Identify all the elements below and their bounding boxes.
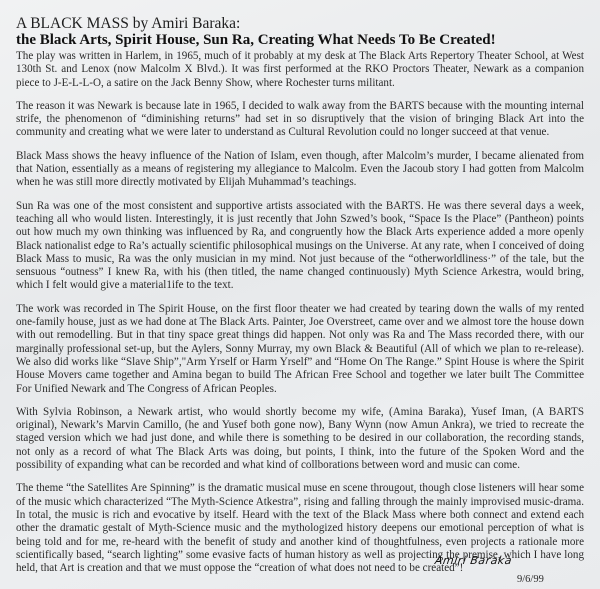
author-signature: Amiri Baraka [434, 554, 513, 567]
paragraph-5: The work was recorded in The Spirit Hous… [16, 303, 584, 396]
document-title: A BLACK MASS by Amiri Baraka: [16, 15, 584, 32]
document-page: A BLACK MASS by Amiri Baraka: the Black … [0, 0, 600, 589]
paragraph-1: The play was written in Harlem, in 1965,… [16, 50, 584, 90]
paragraph-3: Black Mass shows the heavy influence of … [16, 150, 584, 190]
paragraph-6: With Sylvia Robinson, a Newark artist, w… [16, 406, 584, 472]
paragraph-2: The reason it was Newark is because late… [16, 100, 584, 140]
paragraph-4: Sun Ra was one of the most consistent an… [16, 200, 584, 293]
document-subtitle: the Black Arts, Spirit House, Sun Ra, Cr… [16, 32, 584, 49]
signature-date: 9/6/99 [517, 574, 544, 585]
